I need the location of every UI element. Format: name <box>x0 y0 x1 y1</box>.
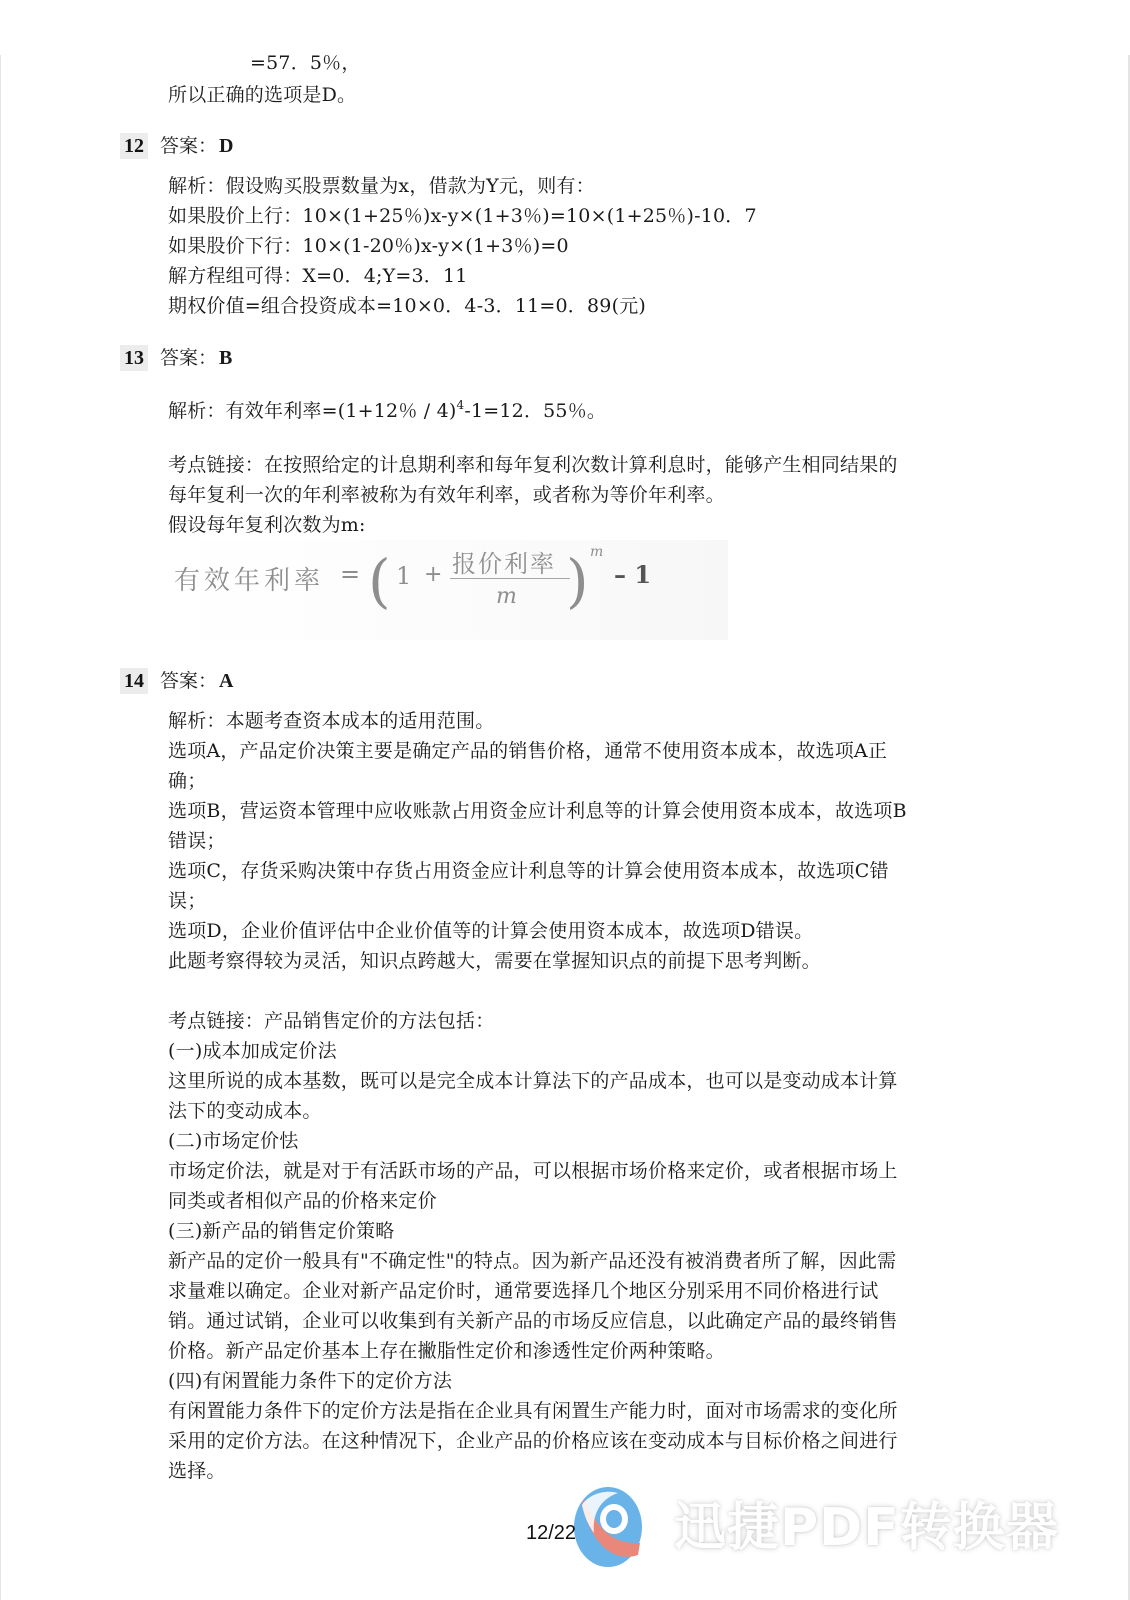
link-line: (一)成本加成定价法 <box>168 1038 337 1064</box>
link-line: 采用的定价方法。在这种情况下，企业产品的价格应该在变动成本与目标价格之间进行 <box>168 1428 898 1454</box>
answer-label: 答案： <box>160 345 217 371</box>
link-line: 求量难以确定。企业对新产品定价时，通常要选择几个地区分别采用不同价格进行试 <box>168 1278 878 1304</box>
link-line: 同类或者相似产品的价格来定价 <box>168 1188 437 1214</box>
answer-value: B <box>219 345 232 371</box>
analysis-line: 选项A，产品定价决策主要是确定产品的销售价格，通常不使用资本成本，故选项A正 <box>168 738 887 764</box>
link-line: (三)新产品的销售定价策略 <box>168 1218 394 1244</box>
link-line: 考点链接：在按照给定的计息期利率和每年复利次数计算利息时，能够产生相同结果的 <box>168 452 898 478</box>
watermark-text: 迅捷PDF转换器 <box>674 1493 1059 1563</box>
analysis-line: 解析：假设购买股票数量为x，借款为Y元，则有： <box>168 173 595 199</box>
formula-fraction-bar <box>450 578 570 579</box>
answer-value: D <box>219 133 233 159</box>
page-number: 12/22 <box>526 1520 576 1546</box>
watermark: 迅捷PDF转换器 <box>570 1485 1090 1585</box>
analysis-line: 解方程组可得：X=0．4;Y=3．11 <box>168 263 468 289</box>
link-line: 法下的变动成本。 <box>168 1098 322 1124</box>
answer-label: 答案： <box>160 668 217 694</box>
link-line: 新产品的定价一般具有"不确定性"的特点。因为新产品还没有被消费者所了解，因此需 <box>168 1248 896 1274</box>
analysis-suffix: -1=12．55％。 <box>464 400 606 422</box>
link-line: 这里所说的成本基数，既可以是完全成本计算法下的产品成本，也可以是变动成本计算 <box>168 1068 898 1094</box>
link-line: (二)市场定价怯 <box>168 1128 298 1154</box>
formula-paren-left: ( <box>368 546 391 616</box>
formula-lhs: 有效年利率 <box>174 560 324 597</box>
analysis-line: 此题考察得较为灵活，知识点跨越大，需要在掌握知识点的前提下思考判断。 <box>168 948 821 974</box>
analysis-line: 误； <box>168 888 206 914</box>
link-line: 每年复利一次的年利率被称为有效年利率，或者称为等价年利率。 <box>168 482 725 508</box>
analysis-line: 如果股价上行：10×(1+25％)x-y×(1+3％)=10×(1+25％)-1… <box>168 203 757 229</box>
formula-one: 1 <box>396 562 411 590</box>
analysis-line: 解析：有效年利率=(1+12％ / 4)4-1=12．55％。 <box>168 392 606 424</box>
formula-minus-one: – 1 <box>614 560 651 589</box>
link-line: 选择。 <box>168 1458 226 1484</box>
page-edge-left <box>0 55 1 1600</box>
analysis-line: 选项B，营运资本管理中应收账款占用资金应计利息等的计算会使用资本成本，故选项B <box>168 798 907 824</box>
formula-denominator: m <box>496 584 517 609</box>
question-14-header: 14 答案： A <box>120 668 233 694</box>
question-number: 12 <box>120 133 148 159</box>
question-number: 14 <box>120 668 148 694</box>
analysis-line: 错误； <box>168 828 226 854</box>
formula-plus: + <box>424 562 442 587</box>
analysis-line: 确； <box>168 768 206 794</box>
question-number: 13 <box>120 345 148 371</box>
analysis-line: 期权价值=组合投资成本=10×0．4-3．11=0．89(元) <box>168 293 646 319</box>
link-line: (四)有闲置能力条件下的定价方法 <box>168 1368 452 1394</box>
link-line: 假设每年复利次数为m: <box>168 512 366 538</box>
formula-equals: = <box>340 560 360 588</box>
link-line: 市场定价法，就是对于有活跃市场的产品，可以根据市场价格来定价，或者根据市场上 <box>168 1158 898 1184</box>
answer-label: 答案： <box>160 133 217 159</box>
link-line: 价格。新产品定价基本上存在撇脂性定价和渗透性定价两种策略。 <box>168 1338 725 1364</box>
analysis-line: 选项D，企业价值评估中企业价值等的计算会使用资本成本，故选项D错误。 <box>168 918 813 944</box>
carryover-line: =57．5％， <box>250 50 361 76</box>
answer-value: A <box>219 668 233 694</box>
link-line: 考点链接：产品销售定价的方法包括： <box>168 1008 494 1034</box>
analysis-line: 解析：本题考查资本成本的适用范围。 <box>168 708 494 734</box>
formula-numerator: 报价利率 <box>452 544 556 579</box>
analysis-prefix: 解析：有效年利率=(1+12％ / 4) <box>168 400 457 422</box>
link-line: 销。通过试销，企业可以收集到有关新产品的市场反应信息，以此确定产品的最终销售 <box>168 1308 898 1334</box>
question-13-header: 13 答案： B <box>120 345 232 371</box>
analysis-line: 如果股价下行：10×(1-20％)x-y×(1+3％)=0 <box>168 233 569 259</box>
formula-paren-right: ) <box>566 546 589 616</box>
link-line: 有闲置能力条件下的定价方法是指在企业具有闲置生产能力时，面对市场需求的变化所 <box>168 1398 898 1424</box>
carryover-line: 所以正确的选项是D。 <box>168 82 356 108</box>
question-12-header: 12 答案： D <box>120 133 233 159</box>
xunjie-pdf-logo-icon <box>570 1485 642 1571</box>
effective-rate-formula-image: 有效年利率 = ( 1 + 报价利率 m ) m – 1 <box>168 540 728 640</box>
formula-exponent: m <box>590 544 603 560</box>
analysis-line: 选项C，存货采购决策中存货占用资金应计利息等的计算会使用资本成本，故选项C错 <box>168 858 889 884</box>
